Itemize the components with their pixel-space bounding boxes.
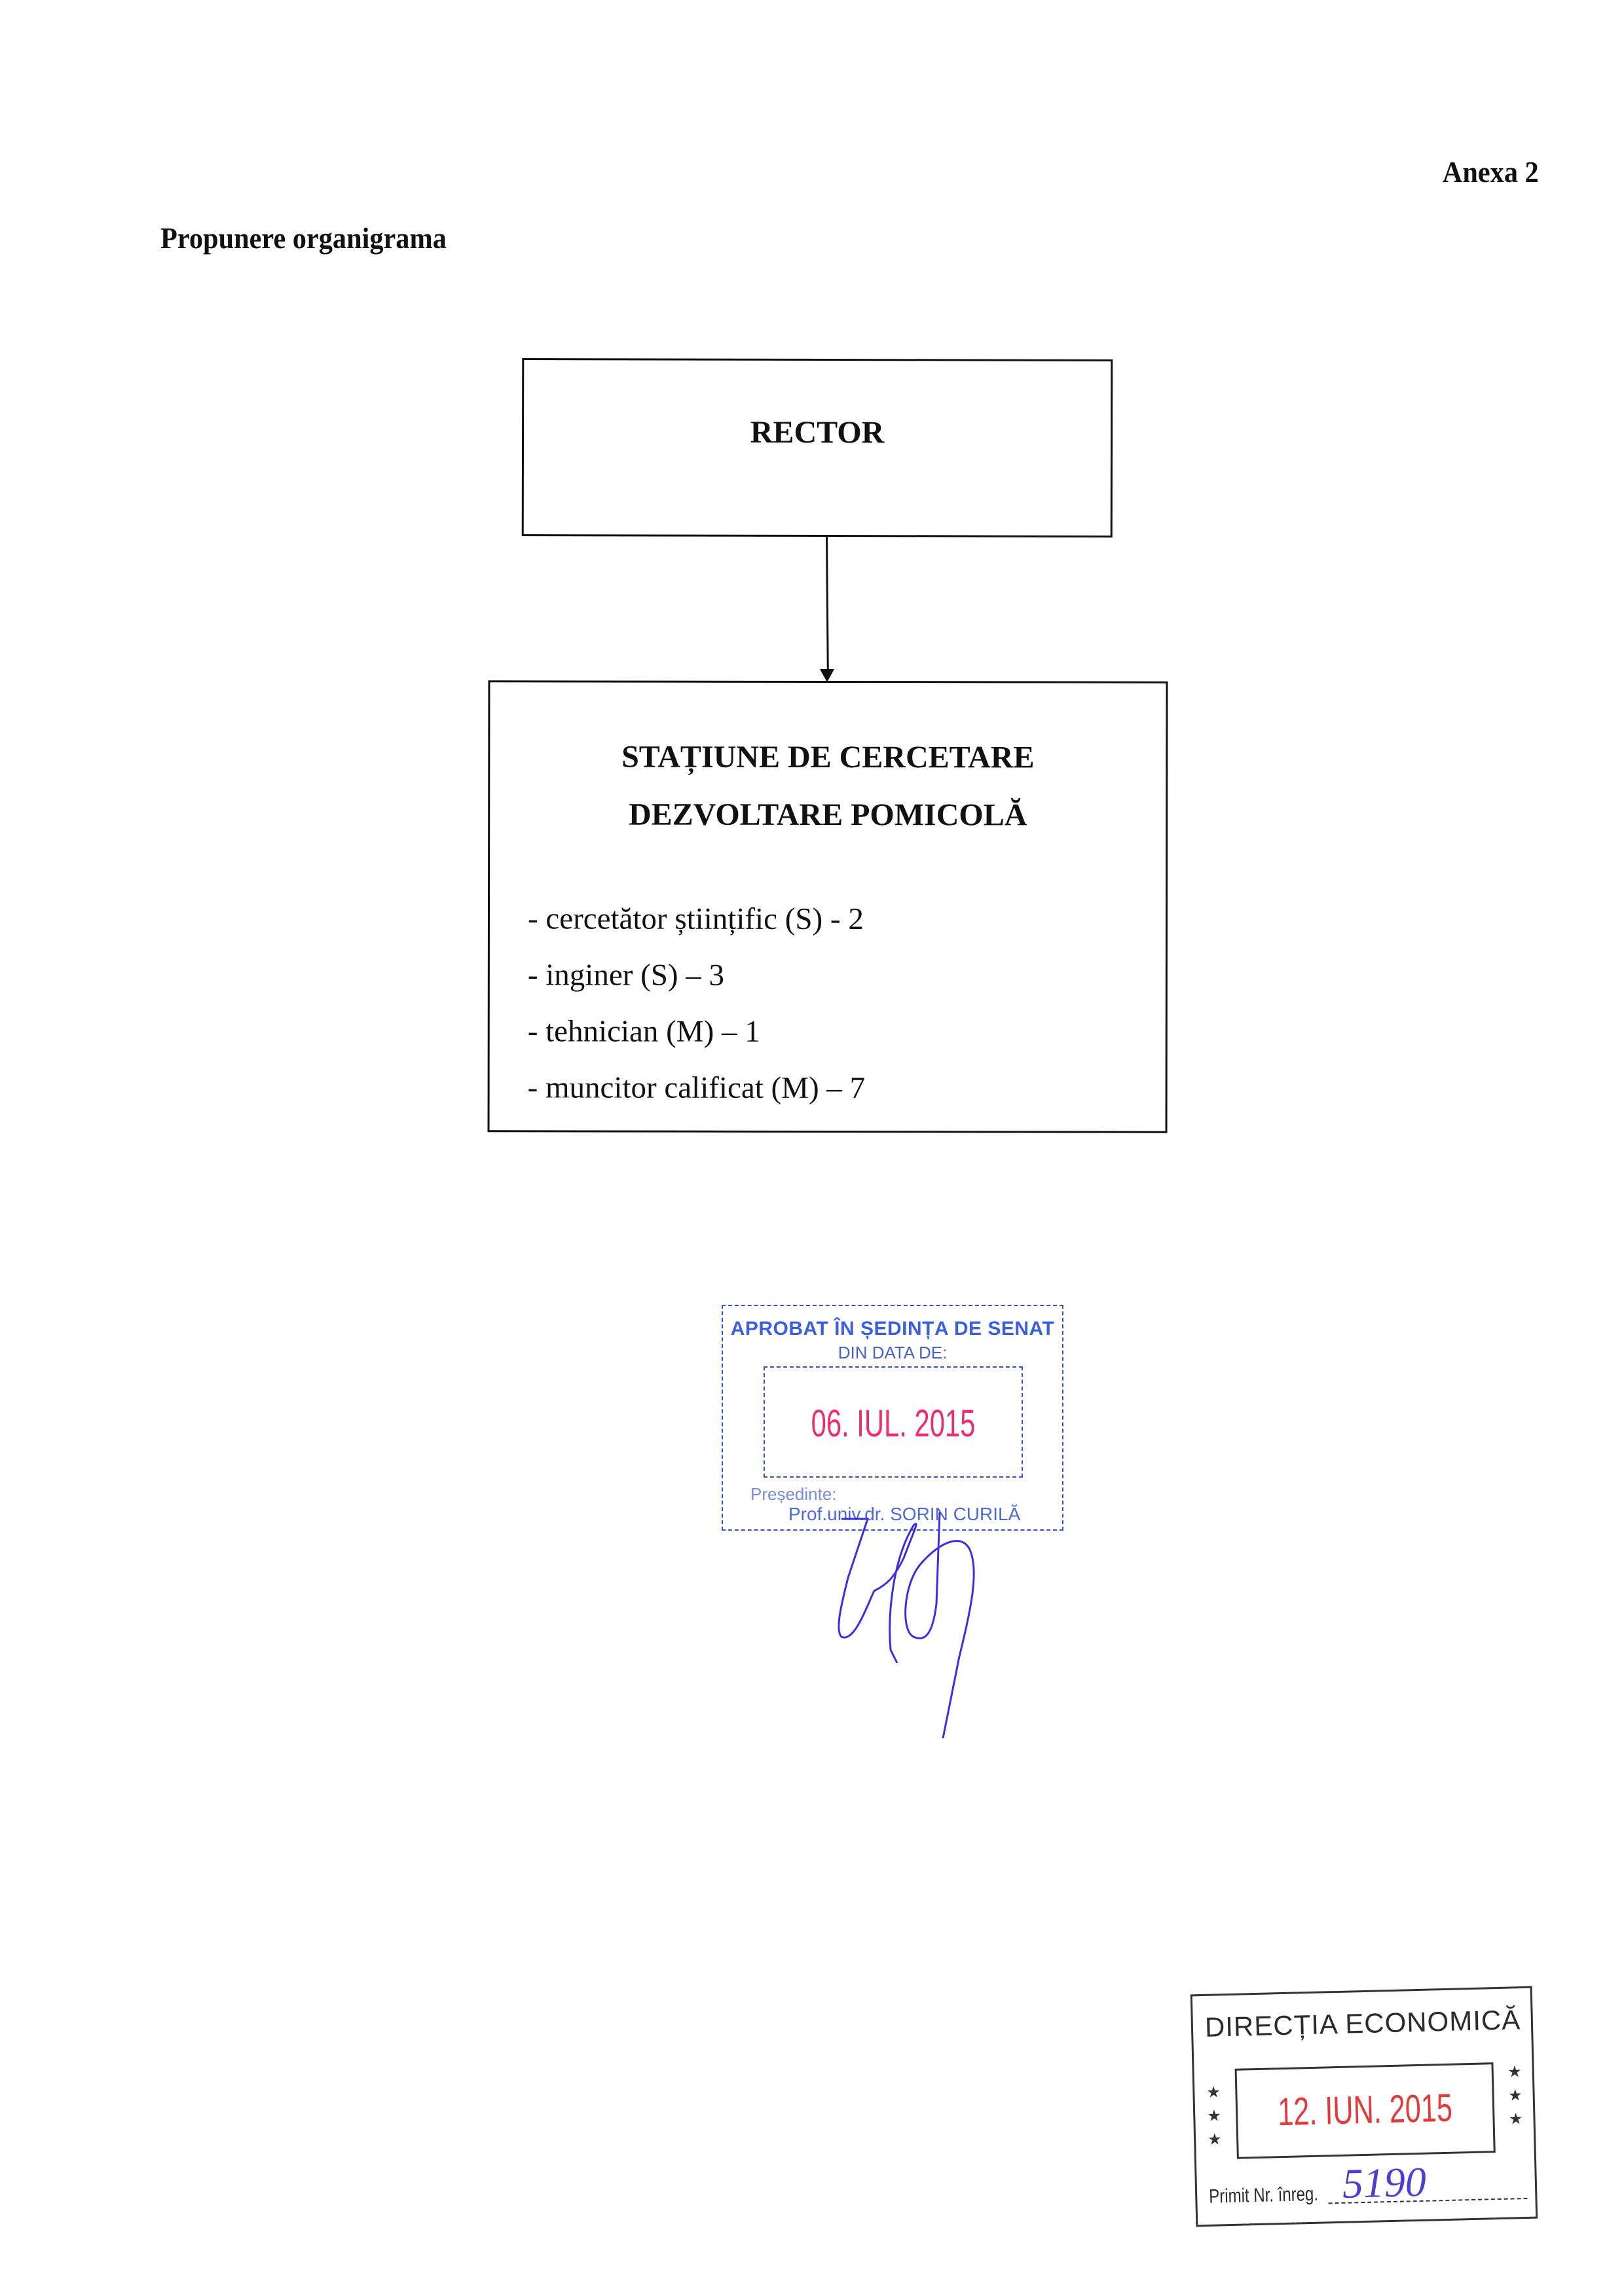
stamp-subheading: DIN DATA DE: [723, 1343, 1062, 1363]
position-item: - tehnician (M) – 1 [528, 1003, 866, 1060]
org-node-research-station: STAȚIUNE DE CERCETARE DEZVOLTARE POMICOL… [488, 680, 1168, 1133]
approval-date: 06. IUL. 2015 [801, 1402, 986, 1446]
received-date: 12. IUN. 2015 [1273, 2085, 1458, 2135]
org-node-rector-label: RECTOR [524, 414, 1111, 451]
registration-number: 5190 [1342, 2158, 1427, 2208]
economic-directorate-stamp: DIRECȚIA ECONOMICĂ ★★★ ★★★ 12. IUN. 2015… [1190, 1986, 1538, 2227]
position-item: - muncitor calificat (M) – 7 [528, 1059, 866, 1116]
org-node-station-title: STAȚIUNE DE CERCETARE DEZVOLTARE POMICOL… [490, 728, 1166, 844]
stamp-date-box: 06. IUL. 2015 [764, 1366, 1023, 1478]
star-icon: ★★★ [1206, 2081, 1222, 2151]
staff-positions-list: - cercetător științific (S) - 2 - ingine… [528, 890, 866, 1116]
stamp-heading: DIRECȚIA ECONOMICĂ [1204, 2004, 1521, 2043]
position-item: - cercetător științific (S) - 2 [528, 890, 866, 947]
org-node-rector: RECTOR [522, 358, 1113, 538]
signature-icon [822, 1506, 1018, 1755]
document-title: Propunere organigrama [160, 221, 447, 255]
annex-label: Anexa 2 [1443, 155, 1539, 189]
stamp-date-box: 12. IUN. 2015 [1235, 2062, 1496, 2159]
station-title-line1: STAȚIUNE DE CERCETARE [490, 728, 1166, 786]
stamp-heading: APROBAT ÎN ȘEDINȚA DE SENAT [723, 1318, 1062, 1340]
president-label: Președinte: [750, 1484, 837, 1504]
senate-approval-stamp: APROBAT ÎN ȘEDINȚA DE SENAT DIN DATA DE:… [722, 1305, 1063, 1531]
star-icon: ★★★ [1507, 2060, 1523, 2131]
station-title-line2: DEZVOLTARE POMICOLĂ [490, 786, 1166, 844]
connector-line [826, 537, 829, 678]
position-item: - inginer (S) – 3 [528, 947, 866, 1004]
registration-label: Primit Nr. înreg. [1209, 2183, 1318, 2208]
